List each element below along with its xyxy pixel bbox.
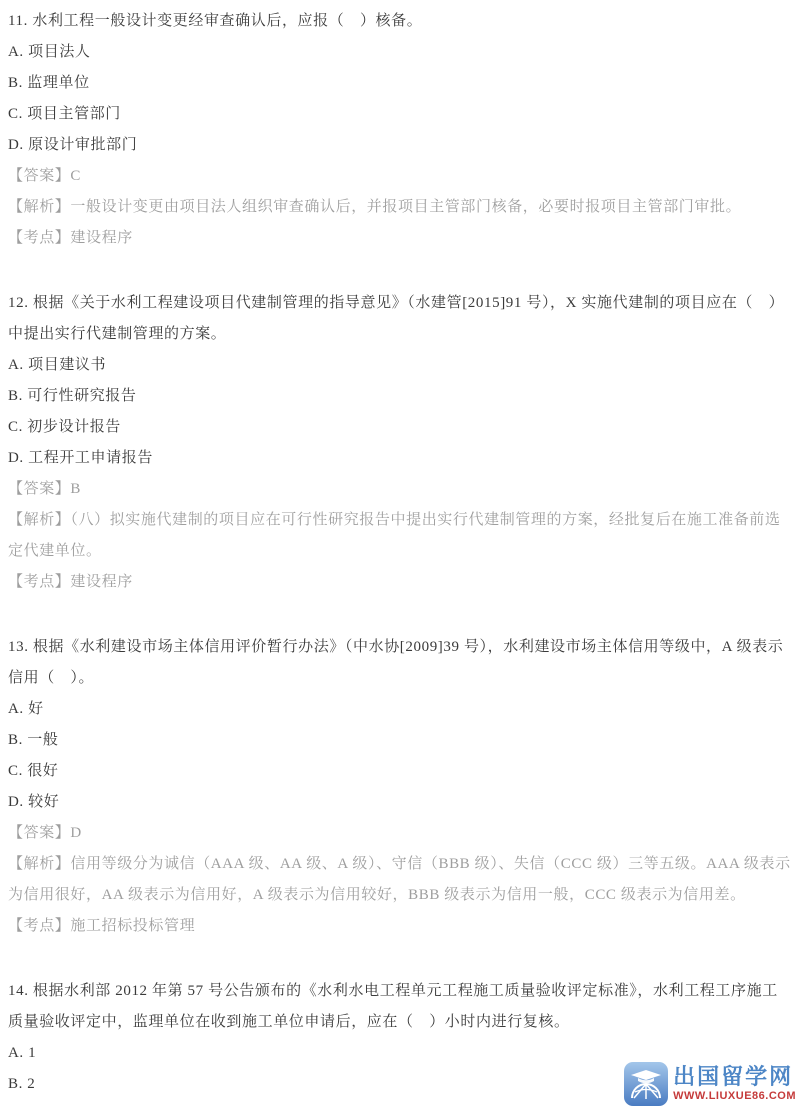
question-11-option-c: C. 项目主管部门 [8,99,792,130]
question-11-option-d: D. 原设计审批部门 [8,130,792,161]
watermark-site-url: WWW.LIUXUE86.COM [673,1091,796,1102]
question-11-option-b: B. 监理单位 [8,68,792,99]
question-12-analysis: 【解析】（八）拟实施代建制的项目应在可行性研究报告中提出实行代建制管理的方案，经… [8,505,792,567]
question-block-13: 13. 根据《水利建设市场主体信用评价暂行办法》（中水协[2009]39 号），… [8,632,792,942]
graduation-cap-globe-icon [624,1062,668,1106]
question-11-analysis: 【解析】一般设计变更由项目法人组织审查确认后，并报项目主管部门核备，必要时报项目… [8,192,792,223]
question-13-analysis: 【解析】信用等级分为诚信（AAA 级、AA 级、A 级）、守信（BBB 级）、失… [8,849,792,911]
question-13-answer: 【答案】D [8,818,792,849]
question-12-option-a: A. 项目建议书 [8,350,792,381]
question-12-answer: 【答案】B [8,474,792,505]
watermark-site-name: 出国留学网 [673,1066,796,1088]
question-11-option-a: A. 项目法人 [8,37,792,68]
question-13-option-c: C. 很好 [8,756,792,787]
question-13-option-a: A. 好 [8,694,792,725]
question-12-keypoint: 【考点】建设程序 [8,567,792,598]
question-12-option-b: B. 可行性研究报告 [8,381,792,412]
question-block-11: 11. 水利工程一般设计变更经审查确认后，应报（ ）核备。 A. 项目法人 B.… [8,6,792,254]
question-13-option-d: D. 较好 [8,787,792,818]
question-11-answer: 【答案】C [8,161,792,192]
question-11-stem: 11. 水利工程一般设计变更经审查确认后，应报（ ）核备。 [8,6,792,37]
liuxue86-watermark: 出国留学网 WWW.LIUXUE86.COM [624,1062,796,1106]
question-12-option-d: D. 工程开工申请报告 [8,443,792,474]
question-14-stem: 14. 根据水利部 2012 年第 57 号公告颁布的《水利水电工程单元工程施工… [8,976,792,1038]
document-page: 11. 水利工程一般设计变更经审查确认后，应报（ ）核备。 A. 项目法人 B.… [0,0,800,1107]
question-12-stem: 12. 根据《关于水利工程建设项目代建制管理的指导意见》（水建管[2015]91… [8,288,792,350]
question-13-option-b: B. 一般 [8,725,792,756]
question-12-option-c: C. 初步设计报告 [8,412,792,443]
watermark-text: 出国留学网 WWW.LIUXUE86.COM [673,1066,796,1102]
question-11-keypoint: 【考点】建设程序 [8,223,792,254]
question-13-keypoint: 【考点】施工招标投标管理 [8,911,792,942]
question-block-12: 12. 根据《关于水利工程建设项目代建制管理的指导意见》（水建管[2015]91… [8,288,792,598]
question-13-stem: 13. 根据《水利建设市场主体信用评价暂行办法》（中水协[2009]39 号），… [8,632,792,694]
